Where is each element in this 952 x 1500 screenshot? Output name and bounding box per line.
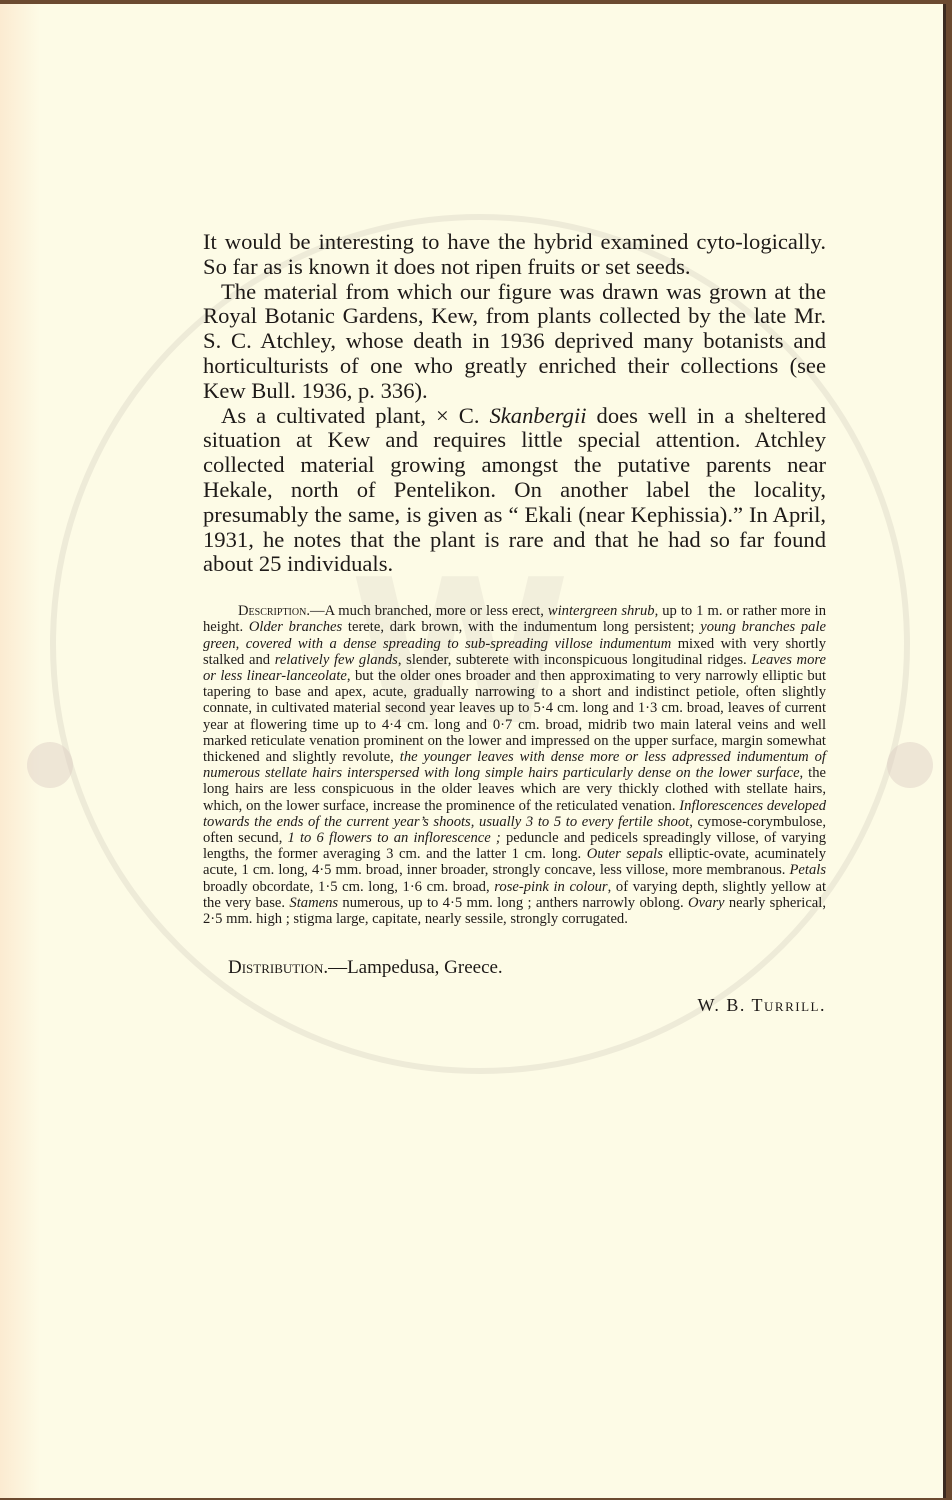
description-italic-run: wintergreen shrub xyxy=(548,603,655,619)
paragraph-cytology: It would be interesting to have the hybr… xyxy=(203,230,826,280)
description-text: —A much branched, more or less erect, wi… xyxy=(203,603,826,927)
description-italic-run: Petals xyxy=(790,862,826,878)
description-italic-run: Ovary xyxy=(688,895,724,911)
description-italic-run: Older branches xyxy=(249,619,342,635)
paragraph-cultivation: As a cultivated plant, × C. Skanbergii d… xyxy=(203,404,826,578)
description-run: numerous, up to 4·5 mm. long ; anthers n… xyxy=(338,895,688,911)
description-italic-run: 1 to 6 flowers to an inflorescence ; xyxy=(288,830,501,846)
description-italic-run: Outer sepals xyxy=(587,846,663,862)
distribution-text: —Lampedusa, Greece. xyxy=(328,957,503,978)
description-run: broadly obcordate, 1·5 cm. long, 1·6 cm.… xyxy=(203,879,494,895)
document-page: W It would be interesting to have the hy… xyxy=(0,4,946,1498)
description-heading: Description. xyxy=(238,603,310,619)
author-signature: W. B. Turrill. xyxy=(203,995,826,1016)
article-body: It would be interesting to have the hybr… xyxy=(203,230,826,1016)
description-section: Description.—A much branched, more or le… xyxy=(203,603,826,927)
description-italic-run: relatively few glands xyxy=(275,652,398,668)
description-run: —A much branched, more or less erect, xyxy=(310,603,548,619)
description-italic-run: rose-pink in colour xyxy=(494,879,607,895)
watermark-dot-right xyxy=(887,742,933,788)
description-italic-run: Stamens xyxy=(289,895,338,911)
distribution-heading: Distribution. xyxy=(228,957,328,978)
watermark-dot-left xyxy=(27,742,73,788)
description-run: , slender, subterete with inconspicuous … xyxy=(398,652,752,668)
distribution-section: Distribution.—Lampedusa, Greece. xyxy=(203,957,826,979)
paragraph-material-source: The material from which our figure was d… xyxy=(203,280,826,404)
description-run: terete, dark brown, with the indumentum … xyxy=(342,619,700,635)
taxon-name: Skanbergii xyxy=(489,403,586,428)
